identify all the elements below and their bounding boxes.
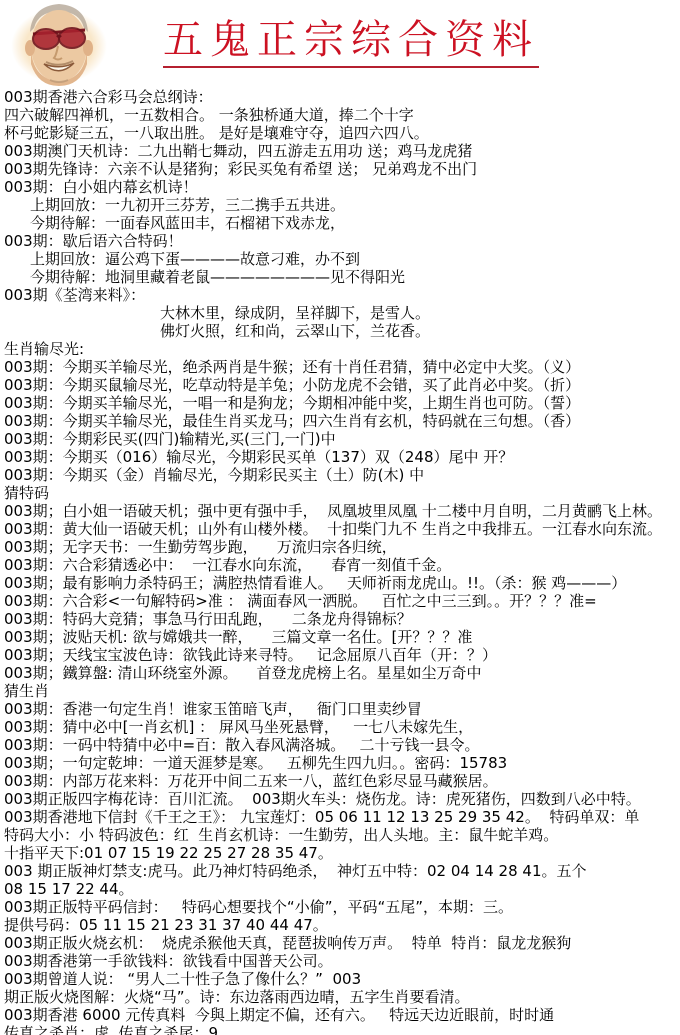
page-title[interactable]: 五鬼正宗综合资料 (163, 18, 539, 68)
text-line: 传真之杀肖：虎 传真之杀尾：9 (4, 1024, 680, 1035)
text-line: 003期：今期买羊输尽光，最佳生肖买龙马；四六生肖有玄机，特码就在三句想。（香） (4, 412, 680, 430)
text-line: 003期正版四字梅花诗：百川汇流。 003期火车头：烧伤龙。诗：虎死猪伤，四数到… (4, 790, 680, 808)
page: { "header": { "title": "五鬼正宗综合资料", "titl… (0, 0, 680, 1035)
text-line: 08 15 17 22 44。 (4, 880, 680, 898)
text-line: 四六破解四禅机，一五数相合。 一条独桥通大道，捧二个十字 (4, 106, 680, 124)
text-line: 003期；最有影响力杀特码王；满腔热情看谁人。 天师祈雨龙虎山。!!。（杀：猴 … (4, 574, 680, 592)
text-line: 003期：白小姐内幕玄机诗！ (4, 178, 680, 196)
man-photo-logo (0, 0, 118, 94)
text-line: 003期：歇后语六合特码！ (4, 232, 680, 250)
text-line: 佛灯火照，红和尚，云翠山下，兰花香。 (4, 322, 680, 340)
text-line: 003期香港第一手欲钱料：欲钱看中国普天公司。 (4, 952, 680, 970)
text-line: 003期正版火烧玄机： 烧虎杀猴他天真，琵琶拔响传万声。 特单 特肖：鼠龙龙猴狗 (4, 934, 680, 952)
header: 五鬼正宗综合资料 (0, 0, 680, 88)
text-line: 003期：一码中特猜中必中=百：散入春风满洛城。 二十亏钱一县令。 (4, 736, 680, 754)
text-line: 003期先锋诗：六亲不认是猪狗；彩民买兔有希望 送； 兄弟鸡龙不出门 (4, 160, 680, 178)
text-line: 今期待解：地洞里藏着老鼠————————见不得阳光 (4, 268, 680, 286)
text-line: 003期：特码大竞猜；事急马行田乱跑， 二条龙舟得锦标？ (4, 610, 680, 628)
text-line: 003期；鐵算盤: 清山环绕室外源。 首登龙虎榜上名。星星如尘万奇中 (4, 664, 680, 682)
text-line: 003期：内部万花来料：万花开中间二五来一八，蓝红色彩尽显马藏猴居。 (4, 772, 680, 790)
text-line: 003期正版特平码信封： 特码心想要找个“小偷”，平码“五尾”，本期：三。 (4, 898, 680, 916)
text-line: 猜生肖 (4, 682, 680, 700)
man-face-illustration (0, 0, 118, 94)
content: 003期香港六合彩马会总纲诗：四六破解四禅机，一五数相合。 一条独桥通大道，捧二… (0, 88, 680, 1035)
text-line: 003期；一句定乾坤：一道天涯梦是寒。 五柳先生四九归。。密码：15783 (4, 754, 680, 772)
text-line: 生肖输尽光: (4, 340, 680, 358)
text-line: 上期回放：逼公鸡下蛋————故意刁难，办不到 (4, 250, 680, 268)
text-line: 003期；天线宝宝波色诗：欲钱此诗来寻特。 记念屈原八百年（开：？） (4, 646, 680, 664)
text-line: 期正版火烧图解：火烧“马”。诗：东边落雨西边晴，五字生肖要看清。 (4, 988, 680, 1006)
text-line: 今期待解：一面春风蓝田丰，石榴裙下戏赤龙， (4, 214, 680, 232)
text-line: 003期：今期买（016）输尽光，今期彩民买单（137）双（248）尾中 开？ (4, 448, 680, 466)
text-line: 003 期正版神灯禁支:虎马。此乃神灯特码绝杀， 神灯五中特：02 04 14 … (4, 862, 680, 880)
text-line: 003期香港地下信封《千王之王》： 九宝莲灯：05 06 11 12 13 25… (4, 808, 680, 826)
text-line: 特码大小：小 特码波色：红 生肖玄机诗：一生勤劳，出人头地。主：鼠牛蛇羊鸡。 (4, 826, 680, 844)
text-line: 003期：今期买鼠输尽光，吃草动特是羊兔；小防龙虎不会错，买了此肖必中奖。（折） (4, 376, 680, 394)
text-line: 大林木里，绿成阴，呈祥脚下，是雪人。 (4, 304, 680, 322)
text-line: 003期：六合彩<一句解特码>准 ： 满面春风一洒脱。 百忙之中三三到。。开？？… (4, 592, 680, 610)
text-line: 003期：今期买羊输尽光，一唱一和是狗龙；今期相冲能中奖，上期生肖也可防。（誓） (4, 394, 680, 412)
text-line: 003期香港 6000 元传真料 今與上期定不偏，还有六。 特远天边近眼前，时时… (4, 1006, 680, 1024)
text-line: 003期：今期买（金）肖输尽光，今期彩民买主（土）防(木) 中 (4, 466, 680, 484)
text-line: 003期：今期彩民买(四门)输精光,买(三门,一门)中 (4, 430, 680, 448)
text-line: 003期：黄大仙一语破天机；山外有山楼外楼。 十扣柴门九不 生肖之中我排五。一江… (4, 520, 680, 538)
text-line: 003期：香港一句定生肖！谁家玉笛暗飞声， 衙门口里卖纱冒 (4, 700, 680, 718)
text-line: 003期曾道人说： “男人二十性子急了像什么？” 003 (4, 970, 680, 988)
text-line: 003期：六合彩猜透必中： 一江春水向东流， 春宵一刻值千金。 (4, 556, 680, 574)
text-line: 003期；白小姐一语破天机；强中更有强中手， 凤凰坡里凤凰 十二楼中月自明，二月… (4, 502, 680, 520)
text-line: 杯弓蛇影疑三五，一八取出胜。 是好是壤难守夺，追四六四八。 (4, 124, 680, 142)
text-line: 十指平天下:01 07 15 19 22 25 27 28 35 47。 (4, 844, 680, 862)
text-line: 003期：猜中必中[一肖玄机] ： 屏风马坐死悬臂， 一七八未嫁先生， (4, 718, 680, 736)
text-line: 003期《荃湾来料》： (4, 286, 680, 304)
text-line: 003期澳门天机诗：二九出鞘七舞动，四五游走五用功 送；鸡马龙虎猪 (4, 142, 680, 160)
text-line: 003期；无字天书：一生勤劳驾步跑， 万流归宗各归统， (4, 538, 680, 556)
text-line: 上期回放：一九初开三芬芳，三二携手五共进。 (4, 196, 680, 214)
text-line: 猜特码 (4, 484, 680, 502)
text-line: 提供号码：05 11 15 21 23 31 37 40 44 47。 (4, 916, 680, 934)
text-line: 003期；波贴天机: 欲与嫦娥共一醉， 三篇文章一名仕。[开？？？准 (4, 628, 680, 646)
text-line: 003期：今期买羊输尽光，绝杀两肖是牛猴；还有十肖任君猜，猜中必定中大奖。（义） (4, 358, 680, 376)
